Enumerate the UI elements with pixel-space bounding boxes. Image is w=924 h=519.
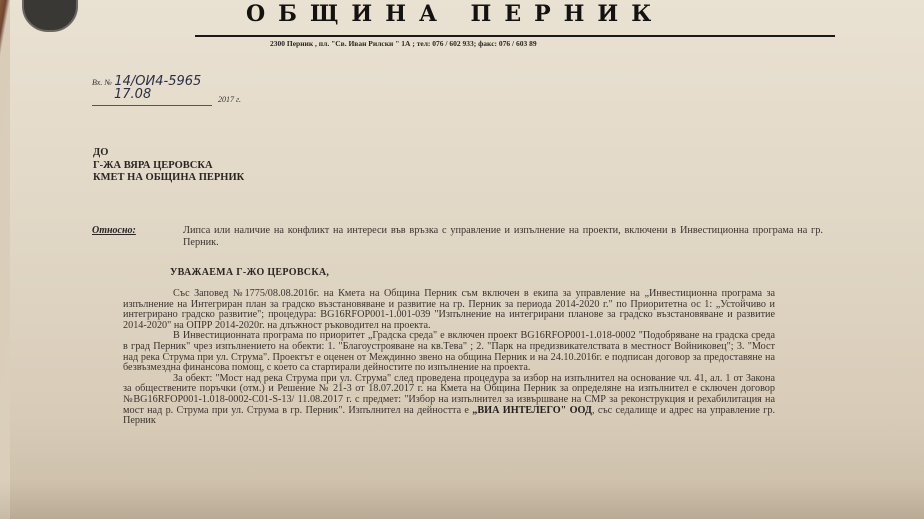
letter-body: Със Заповед №1775/08.08.2016г. на Кмета … <box>123 289 775 427</box>
body-paragraph: В Инвестиционната програма по приоритет … <box>123 331 775 373</box>
organization-title: ОБЩИНА ПЕРНИК <box>246 1 664 27</box>
salutation: УВАЖАЕМА Г-ЖО ЦЕРОВСКА, <box>170 267 329 278</box>
subject-label: Относно: <box>92 225 136 236</box>
body-paragraph: За обект: "Мост над река Струма при ул. … <box>123 374 775 427</box>
registration-label: Вх. № <box>92 78 112 87</box>
registration-date-handwritten: 17.08 <box>114 87 151 102</box>
registration-date-line: 17.08 <box>92 91 212 106</box>
recipient-line: Г-ЖА ВЯРА ЦЕРОВСКА <box>93 160 244 173</box>
body-paragraph: Със Заповед №1775/08.08.2016г. на Кмета … <box>123 289 775 331</box>
letterhead-address: 2300 Перник , пл. "Св. Иван Рилски " 1А … <box>270 39 537 48</box>
subject-text: Липса или наличие на конфликт на интерес… <box>183 225 823 249</box>
recipient-line: КМЕТ НА ОБЩИНА ПЕРНИК <box>93 172 244 185</box>
recipient-line: ДО <box>93 147 244 160</box>
letterhead-divider <box>195 35 835 37</box>
contractor-name: „ВИА ИНТЕЛЕГО" ООД <box>472 405 592 416</box>
recipient-block: ДО Г-ЖА ВЯРА ЦЕРОВСКА КМЕТ НА ОБЩИНА ПЕР… <box>93 147 244 185</box>
registration-year: 2017 г. <box>218 95 241 104</box>
